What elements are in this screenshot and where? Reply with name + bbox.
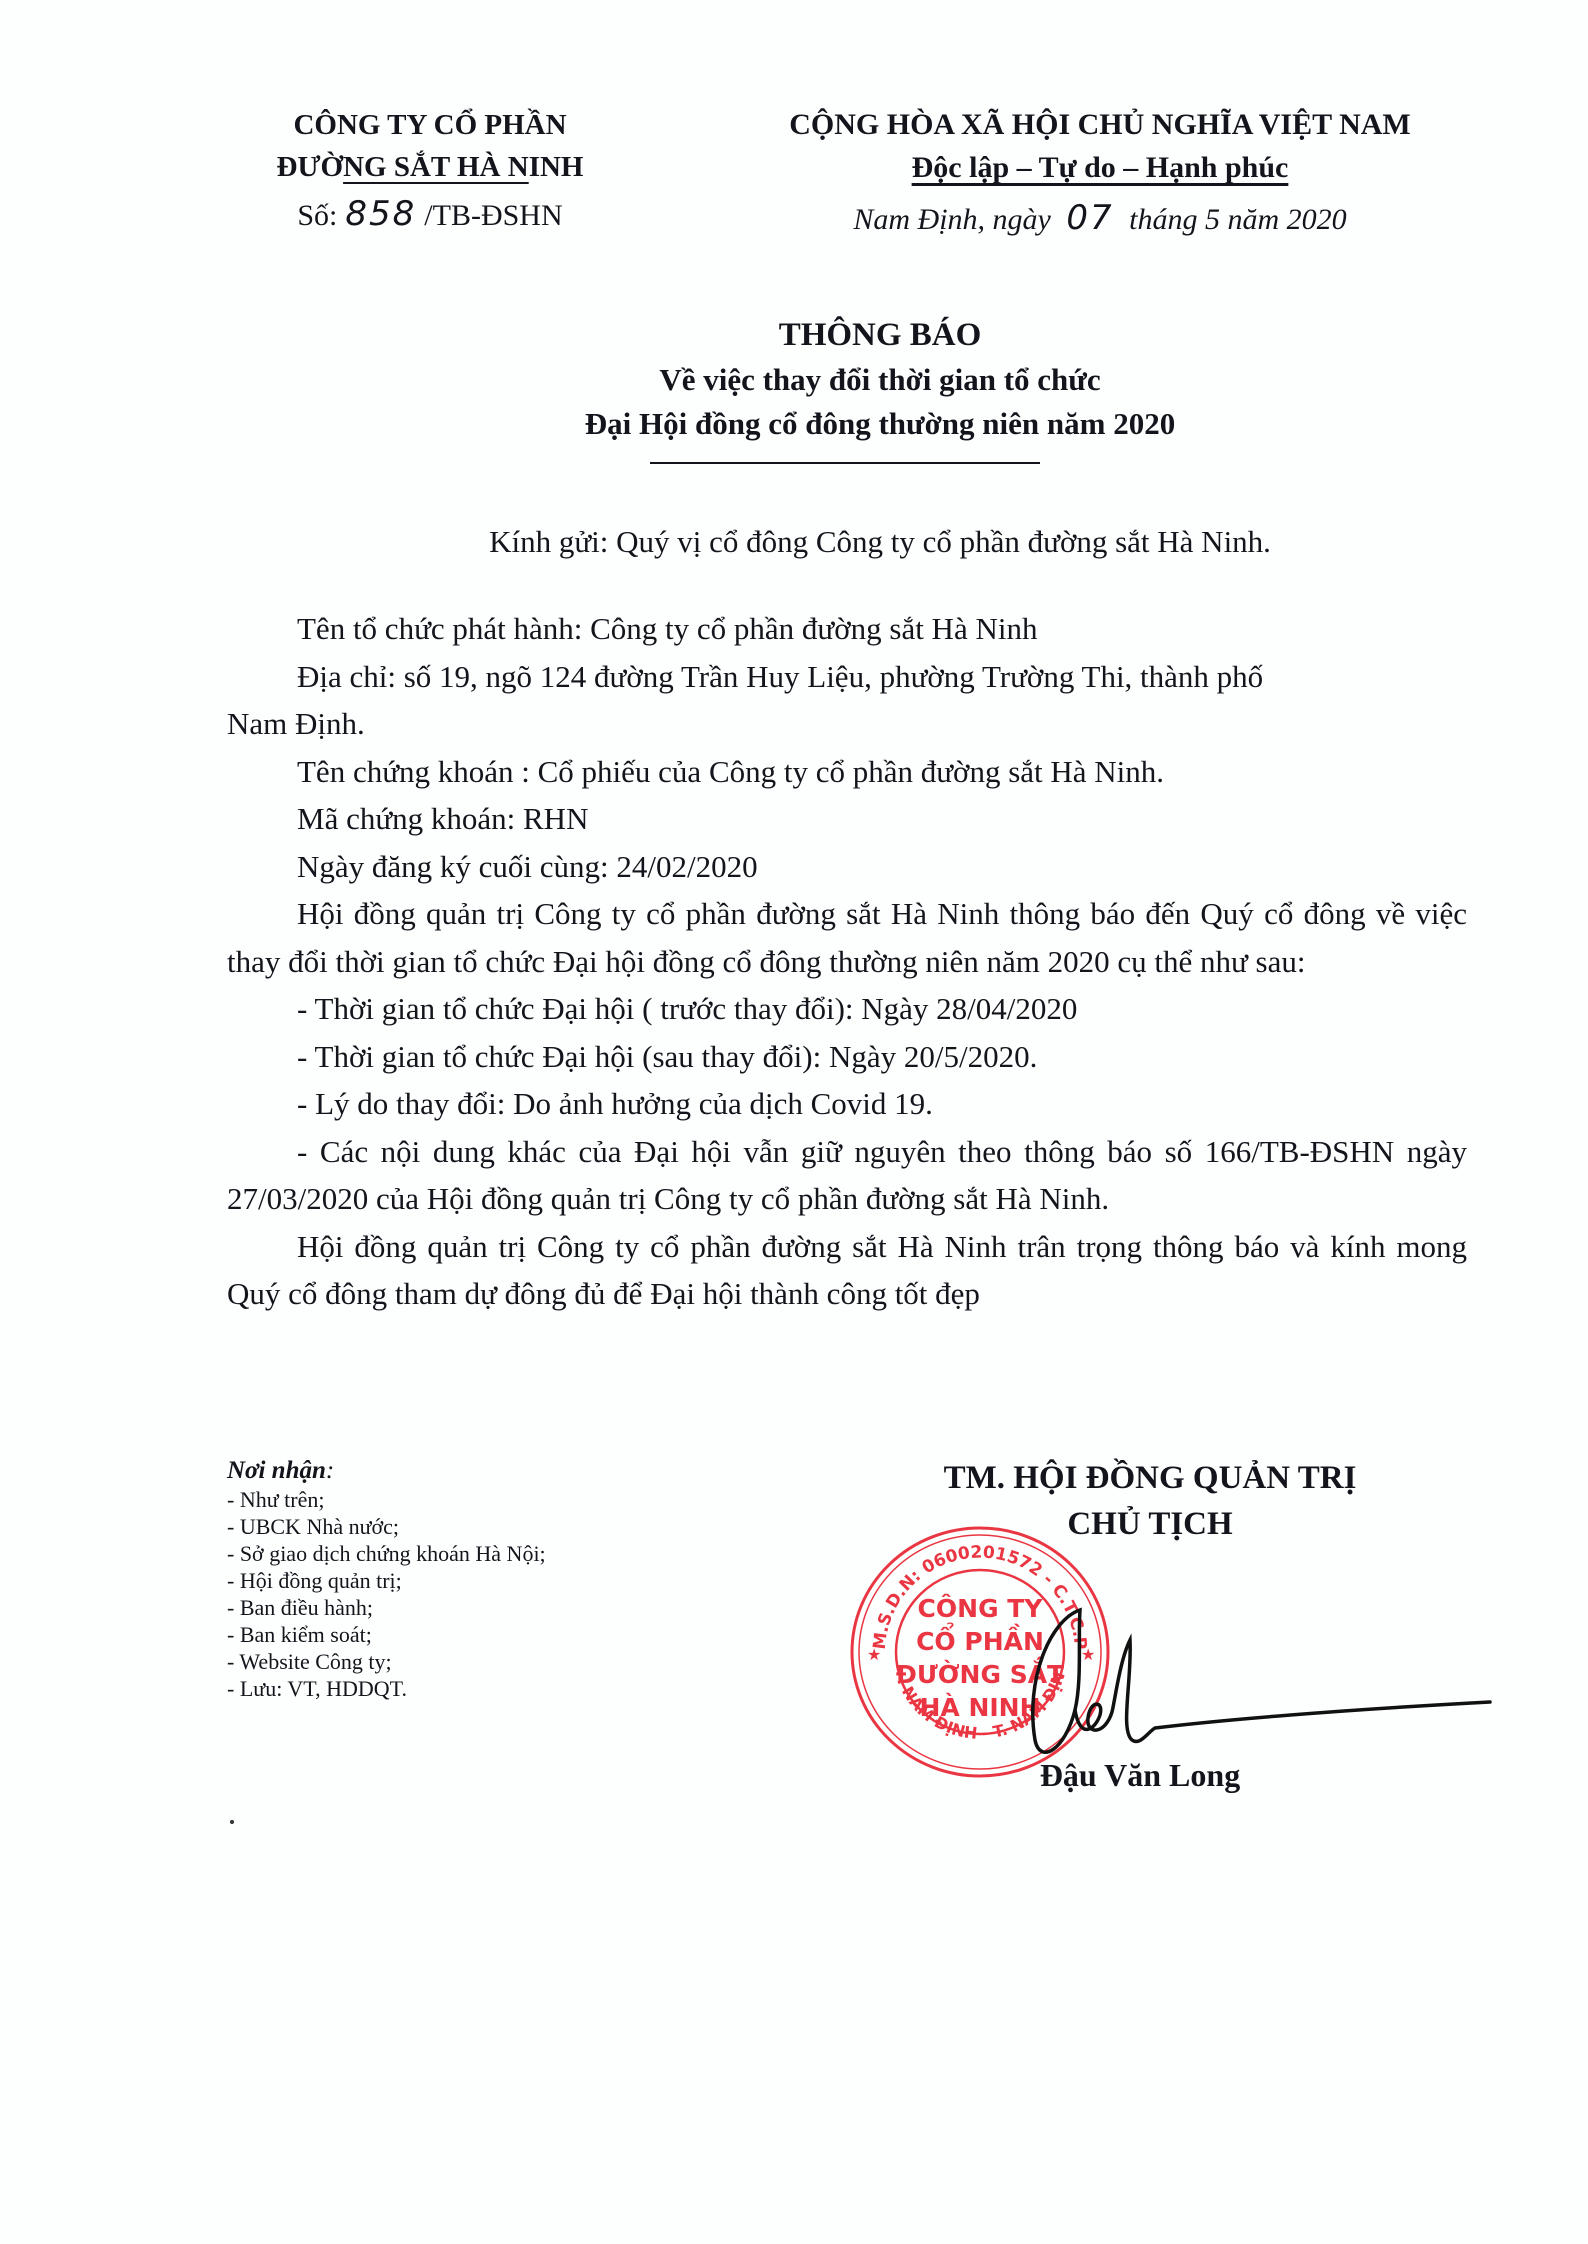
recipient-item: - Lưu: VT, HDDQT. xyxy=(227,1675,727,1702)
doc-number-suffix: /TB-ĐSHN xyxy=(424,199,562,232)
closing-paragraph: Hội đồng quản trị Công ty cổ phần đường … xyxy=(227,1223,1467,1318)
recipients-heading: Nơi nhận: xyxy=(227,1456,727,1486)
on-behalf-of: TM. HỘI ĐỒNG QUẢN TRỊ xyxy=(840,1455,1460,1501)
record-date: Ngày đăng ký cuối cùng: 24/02/2020 xyxy=(227,843,1467,891)
recipient-item: - Ban kiểm soát; xyxy=(227,1621,727,1648)
document-number: Số:858/TB-ĐSHN xyxy=(200,192,660,238)
address-line-cont: Nam Định. xyxy=(227,700,1467,748)
recipient-item: - Sở giao dịch chứng khoán Hà Nội; xyxy=(227,1540,727,1567)
nation-title: CỘNG HÒA XÃ HỘI CHỦ NGHĨA VIỆT NAM xyxy=(740,104,1460,146)
company-name-part: ĐƯỜ xyxy=(277,151,344,183)
address-line: Địa chỉ: số 19, ngõ 124 đường Trần Huy L… xyxy=(227,653,1467,701)
recipients-heading-text: Nơi nhận xyxy=(227,1457,326,1484)
title-heading: THÔNG BÁO xyxy=(380,312,1380,358)
recipient-item: - Ban điều hành; xyxy=(227,1594,727,1621)
place-date-suffix: tháng 5 năm 2020 xyxy=(1129,203,1347,236)
recipients-block: Nơi nhận: - Như trên; - UBCK Nhà nước; -… xyxy=(227,1456,727,1702)
list-item: - Thời gian tổ chức Đại hội (sau thay đổ… xyxy=(227,1033,1467,1081)
company-name-part: INH xyxy=(529,151,584,183)
issuer-line: Tên tổ chức phát hành: Công ty cổ phần đ… xyxy=(227,605,1467,653)
address-part1: Địa chỉ: số 19, ngõ 124 đường Trần Huy L… xyxy=(297,659,1263,694)
title-subject-line2: Đại Hội đồng cổ đông thường niên năm 202… xyxy=(380,402,1380,446)
list-item: - Thời gian tổ chức Đại hội ( trước thay… xyxy=(227,985,1467,1033)
issuer-header: CÔNG TY CỔ PHẦN ĐƯỜNG SẮT HÀ NINH Số:858… xyxy=(200,104,660,238)
title-subject-line1: Về việc thay đổi thời gian tổ chức xyxy=(380,358,1380,402)
svg-text:★: ★ xyxy=(867,1645,881,1664)
security-name: Tên chứng khoán : Cổ phiếu của Công ty c… xyxy=(227,748,1467,796)
list-item: - Lý do thay đổi: Do ảnh hưởng của dịch … xyxy=(227,1080,1467,1128)
recipient-item: - UBCK Nhà nước; xyxy=(227,1513,727,1540)
recipient-item: - Như trên; xyxy=(227,1486,727,1513)
recipient-item: - Website Công ty; xyxy=(227,1648,727,1675)
doc-number-handwritten: 858 xyxy=(337,194,424,234)
title-divider xyxy=(650,462,1040,464)
recipient-item: - Hội đồng quản trị; xyxy=(227,1567,727,1594)
company-name-line1: CÔNG TY CỔ PHẦN xyxy=(200,104,660,146)
place-date-prefix: Nam Định, ngày xyxy=(853,203,1051,236)
national-motto: Độc lập – Tự do – Hạnh phúc xyxy=(740,146,1460,190)
greeting: Kính gửi: Quý vị cổ đông Công ty cổ phần… xyxy=(200,518,1500,566)
signer-name: Đậu Văn Long xyxy=(900,1752,1380,1798)
announcement-paragraph: Hội đồng quản trị Công ty cổ phần đường … xyxy=(227,890,1467,985)
list-item: - Các nội dung khác của Đại hội vẫn giữ … xyxy=(227,1128,1467,1223)
doc-number-label: Số: xyxy=(297,199,337,232)
place-and-date: Nam Định, ngày 07 tháng 5 năm 2020 xyxy=(740,194,1460,244)
national-header: CỘNG HÒA XÃ HỘI CHỦ NGHĨA VIỆT NAM Độc l… xyxy=(740,104,1460,244)
company-name-line2: ĐƯỜNG SẮT HÀ NINH xyxy=(200,146,660,188)
security-code: Mã chứng khoán: RHN xyxy=(227,795,1467,843)
document-body: Tên tổ chức phát hành: Công ty cổ phần đ… xyxy=(227,605,1467,1318)
scan-speck xyxy=(230,1820,234,1824)
company-name-underlined: NG SẮT HÀ N xyxy=(343,151,529,183)
document-title: THÔNG BÁO Về việc thay đổi thời gian tổ … xyxy=(380,312,1380,446)
day-handwritten: 07 xyxy=(1058,198,1121,238)
